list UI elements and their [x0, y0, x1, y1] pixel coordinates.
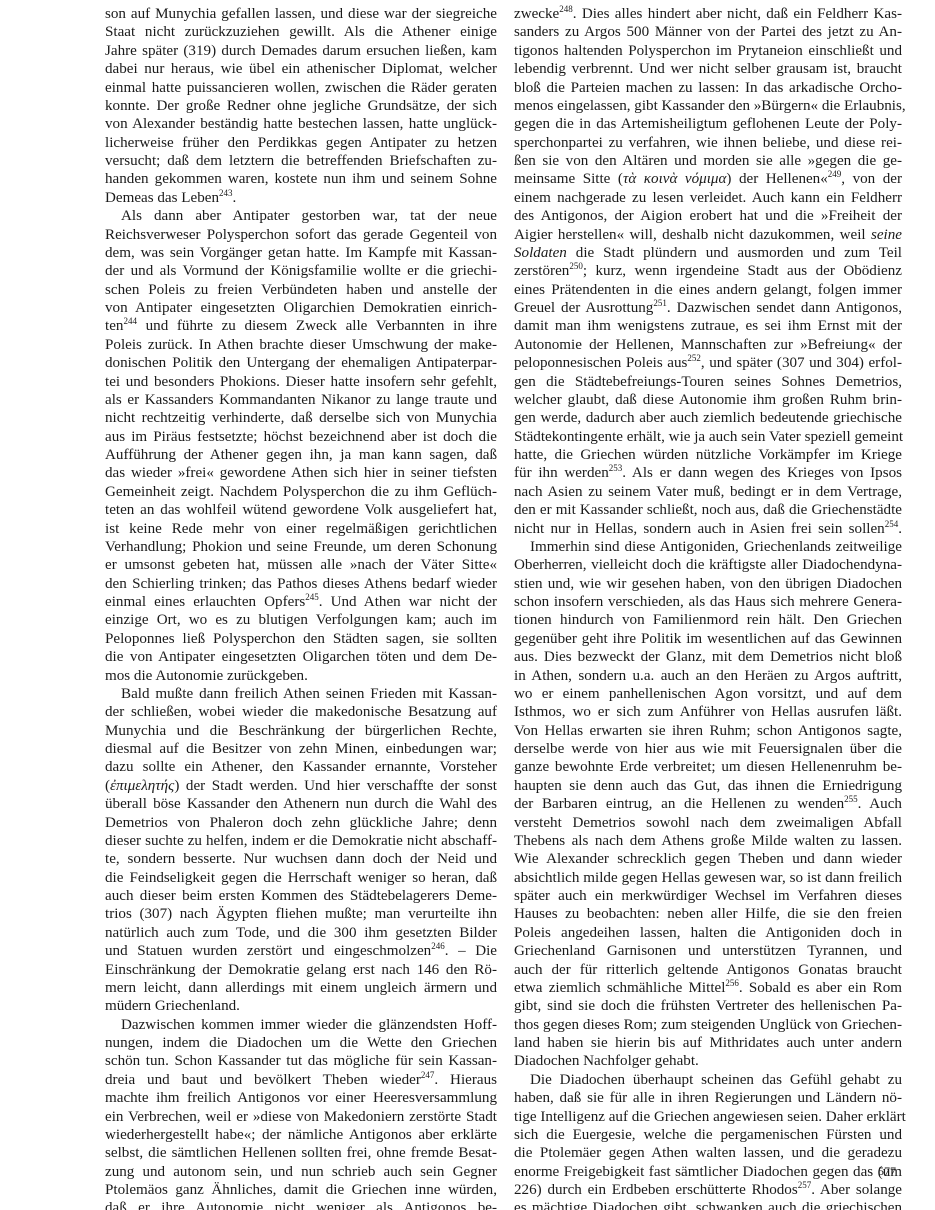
line-text: den Schierling trinken; das Pathos diese… — [105, 576, 497, 592]
text-line: Munychia und die Beschränkung der bürger… — [105, 722, 497, 740]
line-text: Thebens als nach dem Athens große Milde … — [514, 833, 902, 849]
text-line: gegenüber geht ihre Politik im wesentlic… — [514, 630, 902, 648]
line-text: gegenüber geht ihre Politik im wesentlic… — [514, 631, 902, 647]
line-text: der schließen, wobei wieder die makedoni… — [105, 704, 497, 720]
line-text: sanders zu Argos 500 Männer von der Part… — [514, 24, 902, 40]
line-text: Poleis zurück. In Athen brachte dieser U… — [105, 337, 497, 353]
line-text: dreia und baut und bevölkert Theben wied… — [105, 1072, 421, 1088]
line-text: auch der für ritterlich geltende Antigon… — [514, 962, 902, 978]
line-text: versucht; daß dem letztern die betreffen… — [105, 153, 497, 169]
footnote-ref: 244 — [123, 316, 137, 326]
text-line: Bald mußte dann freilich Athen seinen Fr… — [105, 685, 497, 703]
line-text: diesmal auf die Besitzer von zehn Minen,… — [105, 741, 497, 757]
line-text: trios (307) nach Ägypten fliehen mußte; … — [105, 906, 497, 922]
text-line: Jahre später (319) durch Demades darum e… — [105, 42, 497, 60]
line-text: es mächtige Diadochen gibt, schwanken au… — [514, 1200, 902, 1210]
line-text: Gemeinheit zeigt. Nachdem Polysperchon d… — [105, 484, 497, 500]
line-text: von Alexander beständig hatte bestechen … — [105, 116, 497, 132]
line-text: , und später (307 und 304) erfol- — [701, 355, 902, 371]
footnote-ref: 250 — [569, 261, 583, 271]
line-text: Diadochen Nachfolger gehabt. — [514, 1053, 699, 1069]
text-line: Thebens als nach dem Athens große Milde … — [514, 832, 902, 850]
text-line: haupten sie denn auch das Gut, das ihnen… — [514, 777, 902, 795]
text-line: den Schierling trinken; das Pathos diese… — [105, 575, 497, 593]
line-text: mern leicht, dann allerdings mit einem u… — [105, 980, 497, 996]
line-text: die Feindseligkeit gegen die Herrschaft … — [105, 870, 497, 886]
text-line: sperchonpartei zu verfahren, wie ihnen b… — [514, 134, 902, 152]
text-line: des Antigonos, der Aigion erobert hat un… — [514, 207, 902, 225]
text-line: tige Intelligenz auf die Griechen angewi… — [514, 1108, 902, 1126]
text-line: Diadochen Nachfolger gehabt. — [514, 1052, 902, 1070]
text-line: teten an das wohlfeil wütend gewordene V… — [105, 501, 497, 519]
text-line: land haben sie hierin bis auf Mithridate… — [514, 1034, 902, 1052]
text-line: einmal hatte puissancieren wollen, zwisc… — [105, 79, 497, 97]
line-text: . Auch — [858, 796, 902, 812]
line-text: Jahre später (319) durch Demades darum e… — [105, 43, 497, 59]
line-text: . Hieraus — [434, 1072, 497, 1088]
text-line: meinsame Sitte (τὰ κοινὰ νόμιμα) der Hel… — [514, 170, 902, 188]
line-text: einem nachgerade zu lesen verleidet. Auc… — [514, 190, 902, 206]
text-line: dazu sollte ein Athener, den Kassander e… — [105, 758, 497, 776]
line-text: auch dieser beim ersten Kommen des Städt… — [105, 888, 497, 904]
text-line: in Athen, sondern u.a. auch an den Heräe… — [514, 667, 902, 685]
line-text: des Antigonos, der Aigion erobert hat un… — [514, 208, 902, 224]
line-text: zerstören — [514, 263, 569, 279]
line-text: nach Asien zu seinem Vater muß, bedingt … — [514, 484, 902, 500]
text-line: Aufführung der Athener gegen ihn, ja man… — [105, 446, 497, 464]
line-text: licherweise früher den Perdikkas gegen A… — [105, 135, 497, 151]
line-text: Oberherren, vielleicht doch die kräftigs… — [514, 557, 902, 573]
line-text: . Sobald es aber ein Rom — [739, 980, 902, 996]
line-text: Die Diadochen überhaupt scheinen das Gef… — [530, 1072, 902, 1088]
text-line: konnte. Der große Redner ohne jegliche G… — [105, 97, 497, 115]
text-line: gibt, sind sie doch die frühsten Vertret… — [514, 997, 902, 1015]
text-line: gegen die in das Artemisheiligtum gefloh… — [514, 115, 902, 133]
line-text: für ihn werden — [514, 465, 609, 481]
line-text: der und als Vormund der Königsfamilie wo… — [105, 263, 497, 279]
text-line: nungen, indem die Diadochen um die Wette… — [105, 1034, 497, 1052]
text-line: der und als Vormund der Königsfamilie wo… — [105, 262, 497, 280]
line-text: daß er ihre Autonomie nicht weniger als … — [105, 1200, 497, 1210]
line-text: hatte, die Griechen würden nützliche Vor… — [514, 447, 902, 463]
text-line: Demeas das Leben243. — [105, 189, 497, 207]
text-line: Autonomie der Hellenen, Mannschaften zur… — [514, 336, 902, 354]
line-text: selbst, die sämtlichen Hellenen sollten … — [105, 1145, 497, 1161]
text-line: haben, daß sie für alle in ihren Regieru… — [514, 1089, 902, 1107]
line-text: zung und autonom sein, und nun schrieb a… — [105, 1164, 497, 1180]
line-text: meinsame Sitte ( — [514, 171, 623, 187]
footnote-ref: 254 — [885, 519, 899, 529]
text-line: trios (307) nach Ägypten fliehen mußte; … — [105, 905, 497, 923]
text-line: stien und, wie wir gesehen haben, von de… — [514, 575, 902, 593]
text-line: den er mit Kassander schließt, noch aus,… — [514, 501, 902, 519]
line-text: Reichsverweser Polysperchon sofort das g… — [105, 227, 497, 243]
line-text: . Aber solange — [811, 1182, 902, 1198]
line-text: gen die Städtebefreiungs-Touren seines S… — [514, 374, 902, 390]
text-line: hatte, die Griechen würden nützliche Vor… — [514, 446, 902, 464]
line-text: der Barbaren eintrug, an die Hellenen zu… — [514, 796, 844, 812]
line-text: son auf Munychia gefallen lassen, und di… — [105, 6, 497, 22]
text-line: aus im Piräus festsetzte; höchst bezeich… — [105, 428, 497, 446]
text-line: absichtlich milde gegen Hellas gewesen w… — [514, 869, 902, 887]
text-line: schön tun. Schon Kassander tut das mögli… — [105, 1052, 497, 1070]
text-line: einmal eines erlauchten Opfers245. Und A… — [105, 593, 497, 611]
line-text: versteht Demetrios sowohl nach dem zweim… — [514, 815, 902, 831]
text-line: Als dann aber Antipater gestorben war, t… — [105, 207, 497, 225]
line-text: das wieder »frei« gewordene Athen sich h… — [105, 465, 497, 481]
line-text: mos die Autonomie zurückgeben. — [105, 668, 308, 684]
text-line: peloponnesischen Poleis aus252, und spät… — [514, 354, 902, 372]
line-text: ) der Hellenen« — [726, 171, 827, 187]
text-line: natürlich auch zum Tode, und die 300 ihm… — [105, 924, 497, 942]
text-line: Einschränkung der Demokratie gelang erst… — [105, 961, 497, 979]
text-line: Soldaten die Stadt plündern und ausmorde… — [514, 244, 902, 262]
text-line: Greuel der Ausrottung251. Dazwischen sen… — [514, 299, 902, 317]
line-text: konnte. Der große Redner ohne jegliche G… — [105, 98, 497, 114]
line-text: dem, was sein Vorgänger getan hatte. Im … — [105, 245, 497, 261]
line-text: welcher glaubt, daß diese Autonomie ihm … — [514, 392, 902, 408]
text-line: einzige Ort, wo es zu blutigen Verfolgun… — [105, 611, 497, 629]
line-text: sperchonpartei zu verfahren, wie ihnen b… — [514, 135, 902, 151]
text-line: Griechenland Garnisonen und unterstützen… — [514, 942, 902, 960]
text-line: te, sondern besserte. Nur wuchsen dann d… — [105, 850, 497, 868]
line-text: er umsonst gebeten hat, müssen alle »nac… — [105, 557, 497, 573]
line-text: Demeas das Leben — [105, 190, 219, 206]
page-number: 577 — [878, 1164, 896, 1179]
text-line: von Alexander beständig hatte bestechen … — [105, 115, 497, 133]
text-line: ein Verbrechen, weil er »diese von Maked… — [105, 1108, 497, 1126]
text-line: welcher glaubt, daß diese Autonomie ihm … — [514, 391, 902, 409]
line-text: Wie Alexander schrecklich gegen Theben u… — [514, 851, 902, 867]
line-text: dazu sollte ein Athener, den Kassander e… — [105, 759, 497, 775]
text-line: es mächtige Diadochen gibt, schwanken au… — [514, 1199, 902, 1210]
line-text: natürlich auch zum Tode, und die 300 ihm… — [105, 925, 497, 941]
line-text: Bald mußte dann freilich Athen seinen Fr… — [121, 686, 497, 702]
line-text: haupten sie denn auch das Gut, das ihnen… — [514, 778, 902, 794]
footnote-ref: 249 — [828, 169, 842, 179]
text-line: dreia und baut und bevölkert Theben wied… — [105, 1071, 497, 1089]
text-line: auch dieser beim ersten Kommen des Städt… — [105, 887, 497, 905]
text-line: dem, was sein Vorgänger getan hatte. Im … — [105, 244, 497, 262]
line-text: peloponnesischen Poleis aus — [514, 355, 687, 371]
line-text: haben, daß sie für alle in ihren Regieru… — [514, 1090, 902, 1106]
text-line: einem nachgerade zu lesen verleidet. Auc… — [514, 189, 902, 207]
line-text: Von Hellas erwarten sie ihren Ruhm; scho… — [514, 723, 902, 739]
text-line: der schließen, wobei wieder die makedoni… — [105, 703, 497, 721]
text-line: er umsonst gebeten hat, müssen alle »nac… — [105, 556, 497, 574]
text-line: lebendig verbrennt. Und wer nicht selber… — [514, 60, 902, 78]
line-text: . Dazwischen sendet dann Antigonos, — [667, 300, 902, 316]
line-text: Griechenland Garnisonen und unterstützen… — [514, 943, 902, 959]
text-line: gen werde, dadurch aber auch ziemlich be… — [514, 409, 902, 427]
text-line: die von Antipater eingesetzten Oligarche… — [105, 648, 497, 666]
line-text: ßen sie von den Altären und morden sie a… — [514, 153, 902, 169]
emphasis-text: seine — [871, 227, 902, 243]
line-text: ein Verbrechen, weil er »diese von Maked… — [105, 1109, 497, 1125]
text-line: von Antipater eingesetzten Oligarchien D… — [105, 299, 497, 317]
line-text: . – Die — [445, 943, 497, 959]
line-text: einmal hatte puissancieren wollen, zwisc… — [105, 80, 497, 96]
line-text: die Stadt plündern und ausmorden und zum… — [567, 245, 902, 261]
line-text: als er Kassanders Kommandanten Nikanor z… — [105, 392, 497, 408]
line-text: thos gegen dieses Rom; zum steigenden Un… — [514, 1017, 902, 1033]
text-line: derselbe werde von hier aus wie mit Feue… — [514, 740, 902, 758]
text-line: zerstören250; kurz, wenn irgendeine Stad… — [514, 262, 902, 280]
line-text: zwecke — [514, 6, 559, 22]
text-line: das wieder »frei« gewordene Athen sich h… — [105, 464, 497, 482]
line-text: . Als er dann wegen des Krieges von Ipso… — [622, 465, 902, 481]
line-text: Immerhin sind diese Antigoniden, Grieche… — [530, 539, 902, 555]
right-column: zwecke248. Dies alles hindert aber nicht… — [514, 5, 902, 1210]
text-line: thos gegen dieses Rom; zum steigenden Un… — [514, 1016, 902, 1034]
footnote-ref: 248 — [559, 4, 573, 14]
footnote-ref: 251 — [653, 298, 667, 308]
line-text: die Ptolemäer gegen Athen walten lassen,… — [514, 1145, 902, 1161]
text-line: Ptolemäos ganz Ähnliches, damit die Grie… — [105, 1181, 497, 1199]
text-line: mos die Autonomie zurückgeben. — [105, 667, 497, 685]
text-line: mern leicht, dann allerdings mit einem u… — [105, 979, 497, 997]
text-line: wo er einem panhellenischen Agon vorsitz… — [514, 685, 902, 703]
line-text: tigonos haltenden Polysperchon im Prytan… — [514, 43, 902, 59]
text-line: Oberherren, vielleicht doch die kräftigs… — [514, 556, 902, 574]
left-column: son auf Munychia gefallen lassen, und di… — [105, 5, 497, 1210]
text-line: gen die Städtebefreiungs-Touren seines S… — [514, 373, 902, 391]
line-text: Als dann aber Antipater gestorben war, t… — [121, 208, 497, 224]
line-text: dieser suchte zu helfen, indem er die De… — [105, 833, 497, 849]
text-line: enorme Freigebigkeit fast sämtlicher Dia… — [514, 1163, 902, 1181]
text-line: schen Poleis zu freien Verbündeten haben… — [105, 281, 497, 299]
line-text: tei und besonders Phokions. Dieser hatte… — [105, 374, 497, 390]
text-line: dabei nur heraus, wie übel ein athenisch… — [105, 60, 497, 78]
line-text: . Und Athen war nicht der — [319, 594, 497, 610]
line-text: tionen hindurch von Familienmord rein hä… — [514, 612, 902, 628]
line-text: müdern Griechenland. — [105, 998, 240, 1014]
text-line: als er Kassanders Kommandanten Nikanor z… — [105, 391, 497, 409]
line-text: und Statuen wurden zerstört und eingesch… — [105, 943, 431, 959]
text-line: sich die Euergesie, welche die pergameni… — [514, 1126, 902, 1144]
text-line: diesmal auf die Besitzer von zehn Minen,… — [105, 740, 497, 758]
line-text: ten — [105, 318, 123, 334]
text-line: son auf Munychia gefallen lassen, und di… — [105, 5, 497, 23]
text-line: die Ptolemäer gegen Athen walten lassen,… — [514, 1144, 902, 1162]
text-line: aus. Dies bezweckt der Glanz, mit dem De… — [514, 648, 902, 666]
text-line: Dazwischen kommen immer wieder die glänz… — [105, 1016, 497, 1034]
text-line: zung und autonom sein, und nun schrieb a… — [105, 1163, 497, 1181]
text-line: sanders zu Argos 500 Männer von der Part… — [514, 23, 902, 41]
footnote-ref: 247 — [421, 1070, 435, 1080]
text-line: Reichsverweser Polysperchon sofort das g… — [105, 226, 497, 244]
text-line: tionen hindurch von Familienmord rein hä… — [514, 611, 902, 629]
text-line: Wie Alexander schrecklich gegen Theben u… — [514, 850, 902, 868]
line-text: ; kurz, wenn irgendeine Stadt aus der Ob… — [583, 263, 902, 279]
line-text: Aufführung der Athener gegen ihn, ja man… — [105, 447, 497, 463]
line-text: land haben sie hierin bis auf Mithridate… — [514, 1035, 902, 1051]
line-text: lebendig verbrennt. Und wer nicht selber… — [514, 61, 902, 77]
footnote-ref: 255 — [844, 794, 858, 804]
footnote-ref: 257 — [798, 1180, 812, 1190]
line-text: machte ihm freilich Antigonos vor einer … — [105, 1090, 497, 1106]
text-line: etwa ziemlich schmähliche Mittel256. Sob… — [514, 979, 902, 997]
line-text: Städtekontingente erhält, wie ja auch se… — [514, 429, 903, 445]
footnote-ref: 246 — [431, 941, 445, 951]
line-text: wiederhergestellt habe«; der nämliche An… — [105, 1127, 497, 1143]
line-text: ganze bewohnte Erde verbreitet; um diese… — [514, 759, 902, 775]
text-line: tigonos haltenden Polysperchon im Prytan… — [514, 42, 902, 60]
line-text: Staat nicht zurückzuziehen gewillt. Als … — [105, 24, 497, 40]
text-line: zwecke248. Dies alles hindert aber nicht… — [514, 5, 902, 23]
line-text: enorme Freigebigkeit fast sämtlicher Dia… — [514, 1164, 902, 1180]
line-text: ist keine Rede mehr von einer regelmäßig… — [105, 521, 497, 537]
text-line: nicht rechtzeitig verhinderte, daß derse… — [105, 409, 497, 427]
line-text: Peloponnes ließ Polysperchon den Städten… — [105, 631, 497, 647]
line-text: handen gekommen waren, kostete nun ihm u… — [105, 171, 497, 187]
text-line: licherweise früher den Perdikkas gegen A… — [105, 134, 497, 152]
line-text: wo er einem panhellenischen Agon vorsitz… — [514, 686, 902, 702]
text-line: Poleis angedeihen lassen, halten die Ant… — [514, 924, 902, 942]
line-text: gen werde, dadurch aber auch ziemlich be… — [514, 410, 902, 426]
line-text: Aigier herstellen« will, deshalb nicht d… — [514, 227, 871, 243]
line-text: Isthmos, wo er sich zum Anführer von Hel… — [514, 704, 902, 720]
text-line: auch der für ritterlich geltende Antigon… — [514, 961, 902, 979]
line-text: aus im Piräus festsetzte; höchst bezeich… — [105, 429, 497, 445]
line-text: teten an das wohlfeil wütend gewordene V… — [105, 502, 497, 518]
line-text: tige Intelligenz auf die Griechen angewi… — [514, 1109, 906, 1125]
line-text: Ptolemäos ganz Ähnliches, damit die Grie… — [105, 1182, 497, 1198]
text-line: Poleis zurück. In Athen brachte dieser U… — [105, 336, 497, 354]
text-line: menos eingelassen, gibt Kassander den »B… — [514, 97, 902, 115]
text-line: überall böse Kassander den Athenern nun … — [105, 795, 497, 813]
line-text: . — [233, 190, 237, 206]
line-text: schön tun. Schon Kassander tut das mögli… — [105, 1053, 497, 1069]
text-line: Peloponnes ließ Polysperchon den Städten… — [105, 630, 497, 648]
line-text: schon insofern verschieden, als das Haus… — [514, 594, 902, 610]
line-text: dabei nur heraus, wie übel ein athenisch… — [105, 61, 497, 77]
line-text: , von der — [841, 171, 902, 187]
line-text: eines Prätendenten in die eines andern g… — [514, 282, 902, 298]
emphasis-text: Soldaten — [514, 245, 567, 261]
text-line: nach Asien zu seinem Vater muß, bedingt … — [514, 483, 902, 501]
line-text: . — [898, 521, 902, 537]
line-text: den er mit Kassander schließt, noch aus,… — [514, 502, 902, 518]
line-text: Poleis angedeihen lassen, halten die Ant… — [514, 925, 902, 941]
line-text: menos eingelassen, gibt Kassander den »B… — [514, 98, 906, 114]
text-line: ganze bewohnte Erde verbreitet; um diese… — [514, 758, 902, 776]
line-text: Munychia und die Beschränkung der bürger… — [105, 723, 497, 739]
line-text: Autonomie der Hellenen, Mannschaften zur… — [514, 337, 902, 353]
text-line: handen gekommen waren, kostete nun ihm u… — [105, 170, 497, 188]
line-text: schen Poleis zu freien Verbündeten haben… — [105, 282, 497, 298]
line-text: von Antipater eingesetzten Oligarchien D… — [105, 300, 497, 316]
text-line: die Feindseligkeit gegen die Herrschaft … — [105, 869, 497, 887]
line-text: Greuel der Ausrottung — [514, 300, 653, 316]
text-line: nicht nur in Hellas, sondern auch in Asi… — [514, 520, 902, 538]
text-line: damit man ihm wenigstens zutraue, es sei… — [514, 317, 902, 335]
line-text: te, sondern besserte. Nur wuchsen dann d… — [105, 851, 497, 867]
line-text: einmal eines erlauchten Opfers — [105, 594, 305, 610]
text-line: Die Diadochen überhaupt scheinen das Gef… — [514, 1071, 902, 1089]
line-text: Verhandlung; Phokion und seine Freunde, … — [105, 539, 497, 555]
text-line: donischen Politik den Untergang der ehem… — [105, 354, 497, 372]
text-line: für ihn werden253. Als er dann wegen des… — [514, 464, 902, 482]
line-text: einzige Ort, wo es zu blutigen Verfolgun… — [105, 612, 497, 628]
line-text: nicht nur in Hellas, sondern auch in Asi… — [514, 521, 885, 537]
line-text: Hauses zu beobachten: neben aller Hilfe,… — [514, 906, 902, 922]
text-line: wiederhergestellt habe«; der nämliche An… — [105, 1126, 497, 1144]
text-line: (ἐπιμελητής) der Stadt werden. Und hier … — [105, 777, 497, 795]
text-line: daß er ihre Autonomie nicht weniger als … — [105, 1199, 497, 1210]
line-text: nungen, indem die Diadochen um die Wette… — [105, 1035, 497, 1051]
line-text: . Dies alles hindert aber nicht, daß ein… — [573, 6, 902, 22]
line-text: derselbe werde von hier aus wie mit Feue… — [514, 741, 902, 757]
text-line: ten244 und führte zu diesem Zweck alle V… — [105, 317, 497, 335]
text-line: Von Hellas erwarten sie ihren Ruhm; scho… — [514, 722, 902, 740]
line-text: absichtlich milde gegen Hellas gewesen w… — [514, 870, 902, 886]
text-line: versucht; daß dem letztern die betreffen… — [105, 152, 497, 170]
footnote-ref: 243 — [219, 188, 233, 198]
greek-text: ἐπιμελητής — [110, 778, 174, 794]
text-line: Gemeinheit zeigt. Nachdem Polysperchon d… — [105, 483, 497, 501]
text-line: später auch ein merkwürdiger Wechsel im … — [514, 887, 902, 905]
line-text: später auch ein merkwürdiger Wechsel im … — [514, 888, 902, 904]
line-text: donischen Politik den Untergang der ehem… — [105, 355, 497, 371]
text-line: bloß die Parteien machen zu lassen: In d… — [514, 79, 902, 97]
text-line: Verhandlung; Phokion und seine Freunde, … — [105, 538, 497, 556]
text-line: Demetrios von Phaleron doch zehn glückli… — [105, 814, 497, 832]
line-text: nicht rechtzeitig verhinderte, daß derse… — [105, 410, 497, 426]
greek-text: τὰ κοινὰ νόμιμα — [623, 171, 726, 187]
footnote-ref: 253 — [609, 463, 623, 473]
line-text: stien und, wie wir gesehen haben, von de… — [514, 576, 902, 592]
text-line: Hauses zu beobachten: neben aller Hilfe,… — [514, 905, 902, 923]
text-line: Isthmos, wo er sich zum Anführer von Hel… — [514, 703, 902, 721]
text-line: Städtekontingente erhält, wie ja auch se… — [514, 428, 902, 446]
line-text: Dazwischen kommen immer wieder die glänz… — [121, 1017, 497, 1033]
line-text: sich die Euergesie, welche die pergameni… — [514, 1127, 902, 1143]
line-text: 226) durch ein Erdbeben erschütterte Rho… — [514, 1182, 798, 1198]
text-line: und Statuen wurden zerstört und eingesch… — [105, 942, 497, 960]
line-text: damit man ihm wenigstens zutraue, es sei… — [514, 318, 902, 334]
line-text: etwa ziemlich schmähliche Mittel — [514, 980, 725, 996]
line-text: aus. Dies bezweckt der Glanz, mit dem De… — [514, 649, 902, 665]
line-text: bloß die Parteien machen zu lassen: In d… — [514, 80, 902, 96]
text-line: machte ihm freilich Antigonos vor einer … — [105, 1089, 497, 1107]
text-line: Immerhin sind diese Antigoniden, Grieche… — [514, 538, 902, 556]
text-line: versteht Demetrios sowohl nach dem zweim… — [514, 814, 902, 832]
text-line: Aigier herstellen« will, deshalb nicht d… — [514, 226, 902, 244]
text-line: Staat nicht zurückzuziehen gewillt. Als … — [105, 23, 497, 41]
text-line: ßen sie von den Altären und morden sie a… — [514, 152, 902, 170]
line-text: Einschränkung der Demokratie gelang erst… — [105, 962, 497, 978]
text-line: schon insofern verschieden, als das Haus… — [514, 593, 902, 611]
footnote-ref: 245 — [305, 592, 319, 602]
line-text: überall böse Kassander den Athenern nun … — [105, 796, 497, 812]
text-line: ist keine Rede mehr von einer regelmäßig… — [105, 520, 497, 538]
line-text: gegen die in das Artemisheiligtum gefloh… — [514, 116, 902, 132]
text-line: der Barbaren eintrug, an die Hellenen zu… — [514, 795, 902, 813]
text-line: selbst, die sämtlichen Hellenen sollten … — [105, 1144, 497, 1162]
line-text: gibt, sind sie doch die frühsten Vertret… — [514, 998, 902, 1014]
footnote-ref: 256 — [725, 978, 739, 988]
line-text: und führte zu diesem Zweck alle Verbannt… — [137, 318, 497, 334]
text-line: eines Prätendenten in die eines andern g… — [514, 281, 902, 299]
line-text: die von Antipater eingesetzten Oligarche… — [105, 649, 497, 665]
line-text: in Athen, sondern u.a. auch an den Heräe… — [514, 668, 902, 684]
text-line: dieser suchte zu helfen, indem er die De… — [105, 832, 497, 850]
footnote-ref: 252 — [687, 353, 701, 363]
line-text: Demetrios von Phaleron doch zehn glückli… — [105, 815, 497, 831]
line-text: ) der Stadt werden. Und hier verschaffte… — [174, 778, 497, 794]
text-line: tei und besonders Phokions. Dieser hatte… — [105, 373, 497, 391]
